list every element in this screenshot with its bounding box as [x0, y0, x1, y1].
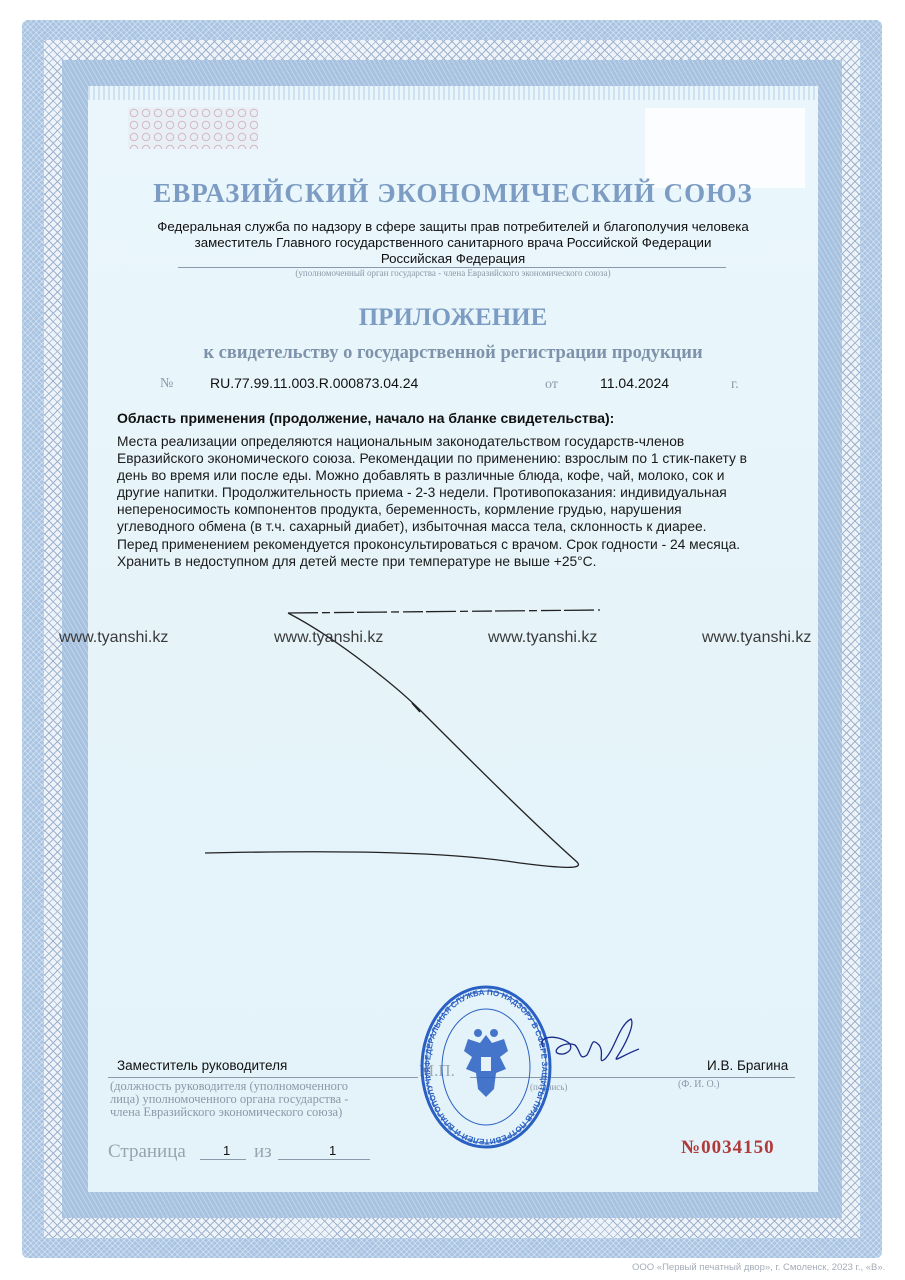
position-underline: [108, 1077, 418, 1078]
handwritten-signature: [535, 1015, 645, 1075]
total-underline: [278, 1159, 370, 1160]
page-number: 1: [223, 1143, 230, 1158]
form-serial-number: №0034150: [681, 1137, 775, 1159]
page-total: 1: [329, 1143, 336, 1158]
position-caption: (должность руководителя (уполномоченного…: [110, 1080, 420, 1119]
printer-imprint: ООО «Первый печатный двор», г. Смоленск,…: [632, 1262, 885, 1273]
of-label: из: [254, 1141, 272, 1163]
eagle-emblem-icon: [464, 1029, 508, 1097]
watermark-text: www.tyanshi.kz: [59, 629, 168, 647]
signer-position: Заместитель руководителя: [117, 1058, 287, 1073]
watermark-text: www.tyanshi.kz: [488, 629, 597, 647]
name-caption: (Ф. И. О.): [678, 1078, 720, 1091]
page-label: Страница: [108, 1141, 186, 1163]
watermark-text: www.tyanshi.kz: [702, 629, 811, 647]
watermark-text: www.tyanshi.kz: [274, 629, 383, 647]
official-stamp: ФЕДЕРАЛЬНАЯ СЛУЖБА ПО НАДЗОРУ В СФЕРЕ ЗА…: [418, 985, 554, 1153]
signer-name: И.В. Брагина: [707, 1058, 788, 1073]
page-underline: [200, 1159, 246, 1160]
